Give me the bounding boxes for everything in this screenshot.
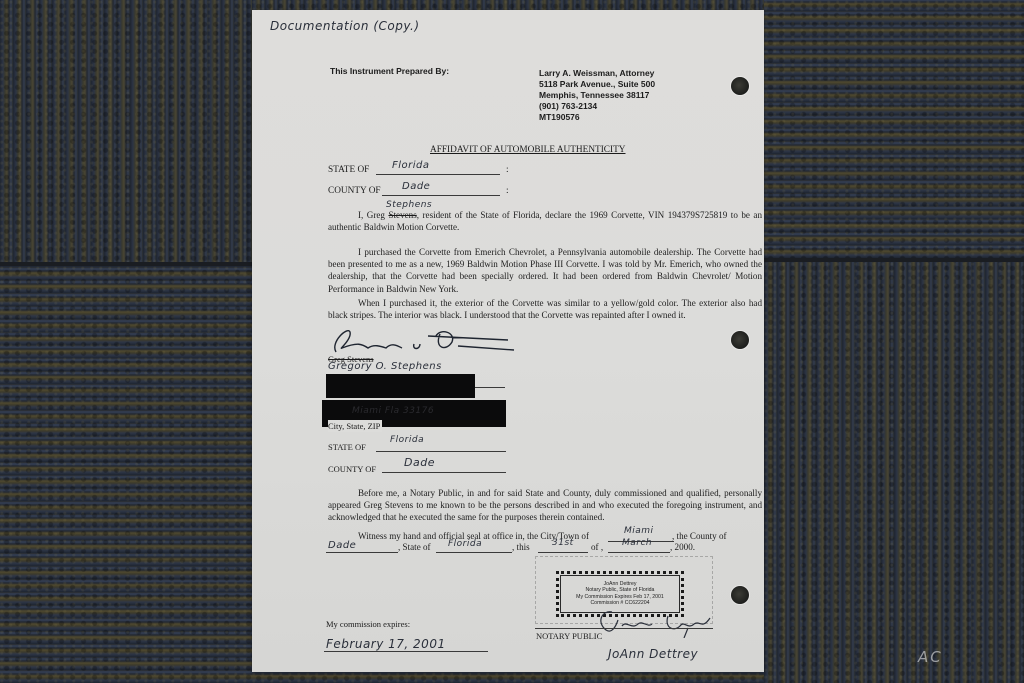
notary-signature-line xyxy=(535,628,713,629)
venue-county-value: Dade xyxy=(402,181,430,192)
paragraph-exterior: When I purchased it, the exterior of the… xyxy=(328,297,762,321)
carpet-tile-bottom-left xyxy=(0,266,252,683)
redacted-address xyxy=(326,374,475,398)
watermark-logo: AC xyxy=(918,648,943,666)
affidavit-page: Documentation (Copy.) This Instrument Pr… xyxy=(252,10,764,672)
carpet-strip-top xyxy=(252,0,764,10)
commission-line xyxy=(324,651,488,652)
preparer-address2: Memphis, Tennessee 38117 xyxy=(539,90,655,101)
notary-printed-name: JoAnn Dettrey xyxy=(608,647,698,661)
carpet-strip-bottom xyxy=(252,672,764,683)
city-state-zip-partial: Miami Fla 33176 xyxy=(352,406,434,416)
venue-county-label: COUNTY OF xyxy=(328,185,381,197)
city-state-zip-label: City, State, ZIP xyxy=(328,420,382,432)
document-title: AFFIDAVIT OF AUTOMOBILE AUTHENTICITY xyxy=(430,144,626,156)
venue-county-line xyxy=(382,195,500,196)
notary-signature xyxy=(592,608,722,638)
address-line xyxy=(475,387,505,388)
commission-label: My commission expires: xyxy=(326,618,410,630)
prepared-by-label: This Instrument Prepared By: xyxy=(330,66,449,77)
notary-public-label: NOTARY PUBLIC xyxy=(536,630,602,642)
preparer-name: Larry A. Weissman, Attorney xyxy=(539,68,655,79)
carpet-tile-top-left xyxy=(0,0,252,262)
venue-state-label: STATE OF xyxy=(328,164,369,176)
venue-state-line xyxy=(376,174,500,175)
venue-county-colon: : xyxy=(506,185,509,197)
preparer-id: MT190576 xyxy=(539,112,655,123)
punch-hole-bottom xyxy=(731,586,749,604)
witness-county-label: , the County of xyxy=(672,531,727,541)
affiant-state-value: Florida xyxy=(390,435,424,445)
witness-of-label: of , xyxy=(591,542,603,552)
venue-state-colon: : xyxy=(506,164,509,176)
affiant-state-label: STATE OF xyxy=(328,441,366,453)
p1-struck-name: Stevens xyxy=(388,210,416,220)
affiant-state-line xyxy=(376,451,506,452)
witness-this-label: , this xyxy=(512,542,530,552)
carpet-tile-bottom-right xyxy=(764,262,1024,683)
affiant-printed-handwritten: Gregory O. Stephens xyxy=(328,361,442,372)
witness-city: Miami xyxy=(624,526,654,536)
affiant-county-value: Dade xyxy=(404,456,435,469)
paragraph-declaration: I, Greg Stevens, resident of the State o… xyxy=(328,209,762,233)
venue-state-value: Florida xyxy=(392,160,430,171)
punch-hole-middle xyxy=(731,331,749,349)
affiant-county-label: COUNTY OF xyxy=(328,463,376,475)
affiant-county-line xyxy=(382,472,506,473)
handwritten-header: Documentation (Copy.) xyxy=(270,19,420,33)
witness-year: , 2000. xyxy=(670,542,695,552)
witness-day-line xyxy=(538,552,588,553)
punch-hole-top xyxy=(731,77,749,95)
witness-county-line xyxy=(326,552,398,553)
witness-state: Florida xyxy=(448,539,482,549)
paragraph-purchase: I purchased the Corvette from Emerich Ch… xyxy=(328,246,762,295)
carpet-tile-top-right xyxy=(764,0,1024,258)
preparer-phone: (901) 763-2134 xyxy=(539,101,655,112)
p1-prefix: I, Greg xyxy=(358,210,388,220)
notary-paragraph-text: Before me, a Notary Public, in and for s… xyxy=(328,488,762,522)
preparer-block: Larry A. Weissman, Attorney 5118 Park Av… xyxy=(539,68,655,123)
witness-county: Dade xyxy=(328,540,356,551)
affiant-signature xyxy=(328,322,518,356)
witness-month-line xyxy=(608,552,670,553)
witness-day: 31st xyxy=(552,538,574,548)
p3-text: When I purchased it, the exterior of the… xyxy=(328,298,762,320)
witness-state-line xyxy=(436,552,512,553)
carpet-seam-right xyxy=(764,258,1024,262)
seal-line-4: Commission # CC622204 xyxy=(559,600,681,606)
carpet-seam-left xyxy=(0,262,252,266)
p2-text: I purchased the Corvette from Emerich Ch… xyxy=(328,247,762,294)
paragraph-notary: Before me, a Notary Public, in and for s… xyxy=(328,487,762,524)
commission-date: February 17, 2001 xyxy=(326,637,446,651)
witness-month: March xyxy=(622,538,652,548)
preparer-address1: 5118 Park Avenue., Suite 500 xyxy=(539,79,655,90)
witness-state-label: , State of xyxy=(398,542,431,552)
